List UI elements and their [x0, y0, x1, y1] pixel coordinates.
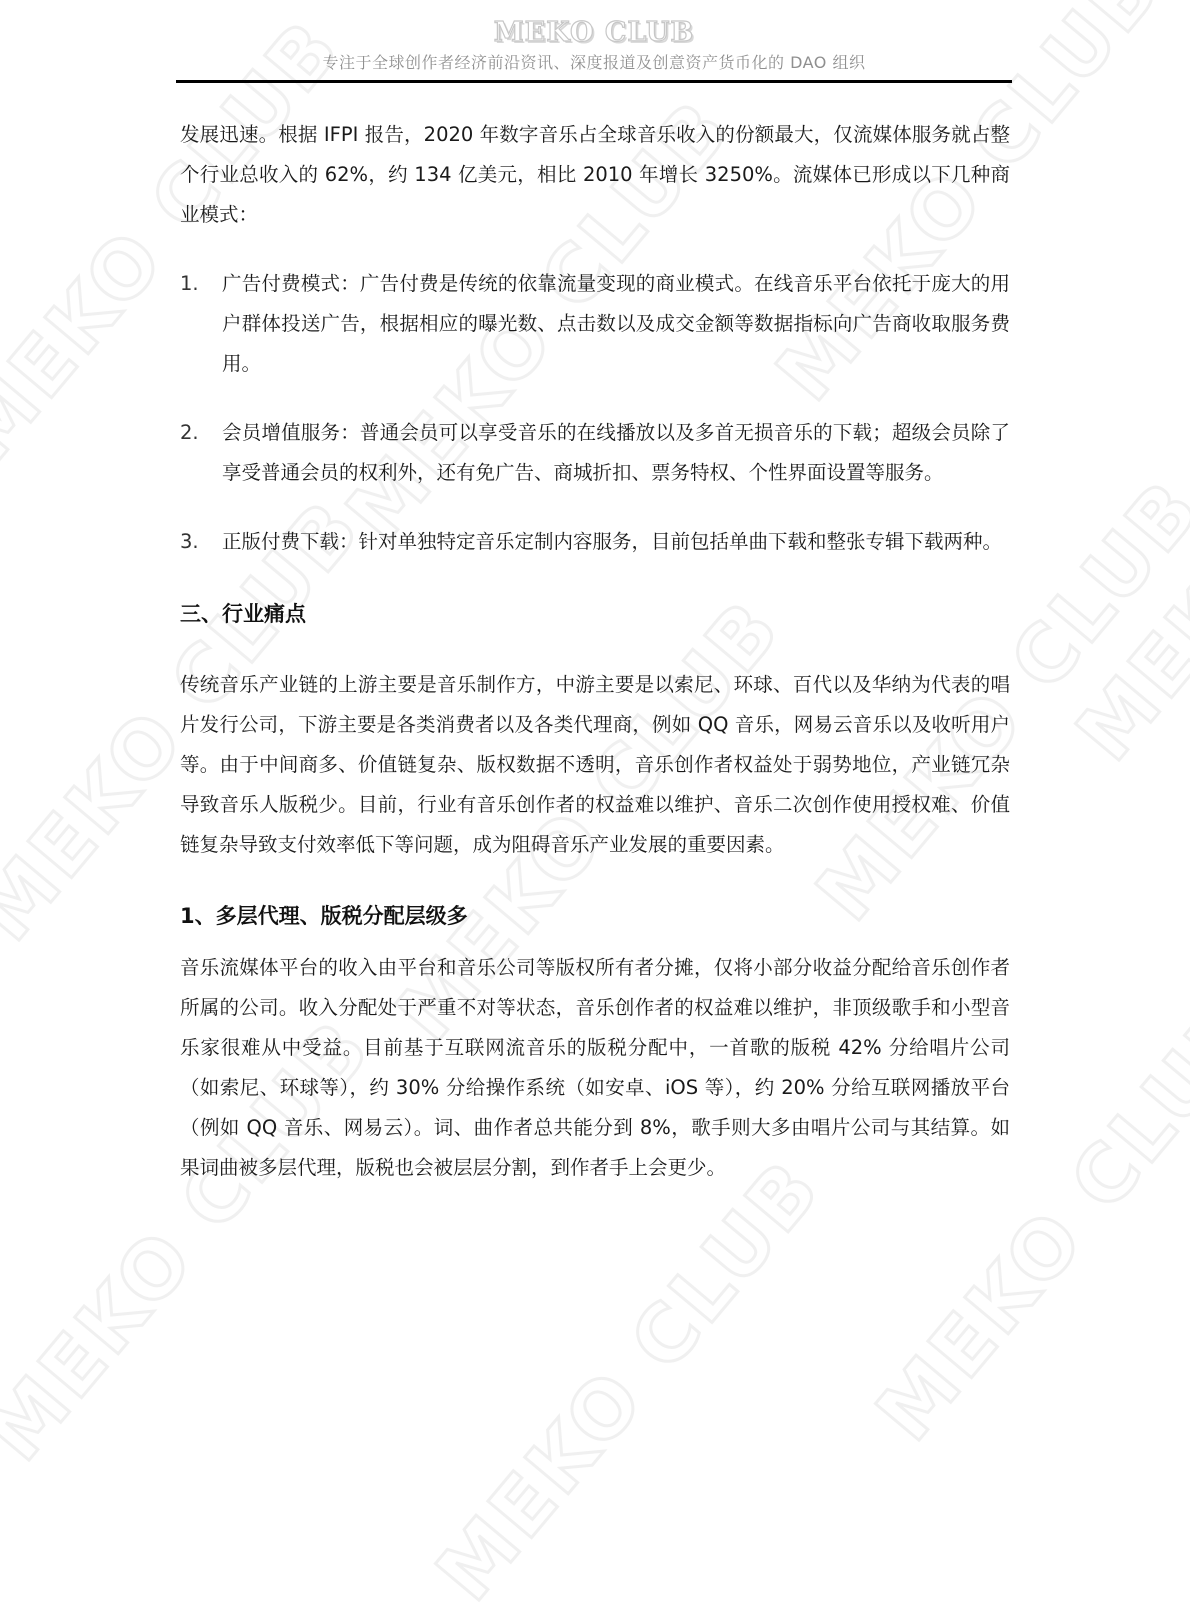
section-paragraph: 传统音乐产业链的上游主要是音乐制作方，中游主要是以索尼、环球、百代以及华纳为代表…: [180, 665, 1010, 865]
header-divider: [176, 80, 1012, 83]
list-item: 2. 会员增值服务：普通会员可以享受音乐的在线播放以及多首无损音乐的下载；超级会…: [180, 413, 1010, 493]
watermark-text: MEKO CLUB: [420, 1143, 839, 1618]
watermark-text: MEKO CLUB: [1060, 303, 1190, 778]
document-body: 发展迅速。根据 IFPI 报告，2020 年数字音乐占全球音乐收入的份额最大，仅…: [180, 115, 1010, 1188]
header-tagline: 专注于全球创作者经济前沿资讯、深度报道及创意资产货币化的 DAO 组织: [176, 52, 1012, 74]
list-item-text: 广告付费模式：广告付费是传统的依靠流量变现的商业模式。在线音乐平台依托于庞大的用…: [222, 264, 1010, 384]
intro-paragraph: 发展迅速。根据 IFPI 报告，2020 年数字音乐占全球音乐收入的份额最大，仅…: [180, 115, 1010, 235]
list-item-text: 正版付费下载：针对单独特定音乐定制内容服务，目前包括单曲下载和整张专辑下载两种。: [222, 522, 1010, 562]
page-header: MEKO CLUB 专注于全球创作者经济前沿资讯、深度报道及创意资产货币化的 D…: [176, 18, 1012, 74]
subsection-paragraph: 音乐流媒体平台的收入由平台和音乐公司等版权所有者分摊，仅将小部分收益分配给音乐创…: [180, 948, 1010, 1188]
list-item: 3. 正版付费下载：针对单独特定音乐定制内容服务，目前包括单曲下载和整张专辑下载…: [180, 522, 1010, 562]
list-item: 1. 广告付费模式：广告付费是传统的依靠流量变现的商业模式。在线音乐平台依托于庞…: [180, 264, 1010, 384]
list-item-number: 3.: [180, 522, 222, 562]
list-item-text: 会员增值服务：普通会员可以享受音乐的在线播放以及多首无损音乐的下载；超级会员除了…: [222, 413, 1010, 493]
section-heading: 三、行业痛点: [180, 594, 1010, 634]
list-item-number: 2.: [180, 413, 222, 493]
business-model-list: 1. 广告付费模式：广告付费是传统的依靠流量变现的商业模式。在线音乐平台依托于庞…: [180, 264, 1010, 562]
list-item-number: 1.: [180, 264, 222, 384]
subsection-heading: 1、多层代理、版税分配层级多: [180, 896, 1010, 936]
brand-logo: MEKO CLUB: [176, 18, 1012, 48]
